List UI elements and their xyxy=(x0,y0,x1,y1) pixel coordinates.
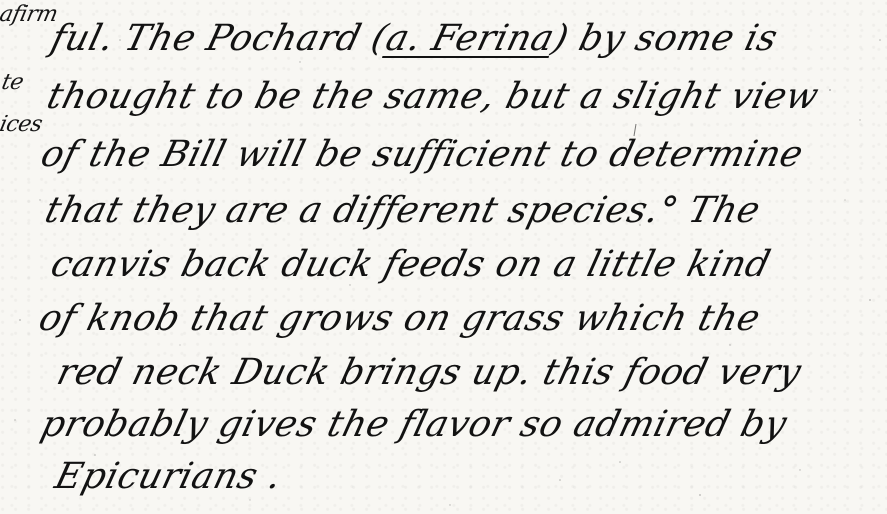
margin-fragment-1: afirm xyxy=(0,2,60,27)
line-1-text-before: ful. The Pochard ( xyxy=(47,18,392,59)
manuscript-line-3: of the Bill will be sufficient to determ… xyxy=(37,134,808,175)
manuscript-line-6: of knob that grows on grass which the xyxy=(35,298,765,339)
manuscript-line-2: thought to be the same, but a slight vie… xyxy=(43,76,823,117)
manuscript-line-4: that they are a different species.° The xyxy=(41,190,765,231)
cut-off-top-line: · · · · · · · xyxy=(696,0,811,14)
manuscript-line-5: canvis back duck feeds on a little kind xyxy=(47,244,775,285)
margin-fragment-3: ices xyxy=(0,112,44,137)
manuscript-line-9: Epicurians . xyxy=(51,456,286,497)
manuscript-line-7: red neck Duck brings up. this food very xyxy=(53,352,806,393)
margin-fragment-2: te xyxy=(0,70,26,95)
manuscript-line-1: ful. The Pochard (a. Ferina) by some is xyxy=(47,18,782,59)
latin-species-name: a. Ferina xyxy=(382,18,559,59)
manuscript-page: afirm te ices · · · · · · · ful. The Poc… xyxy=(0,0,887,514)
manuscript-line-8: probably gives the flavor so admired by xyxy=(37,404,791,445)
line-1-text-after: ) by some is xyxy=(548,18,782,59)
